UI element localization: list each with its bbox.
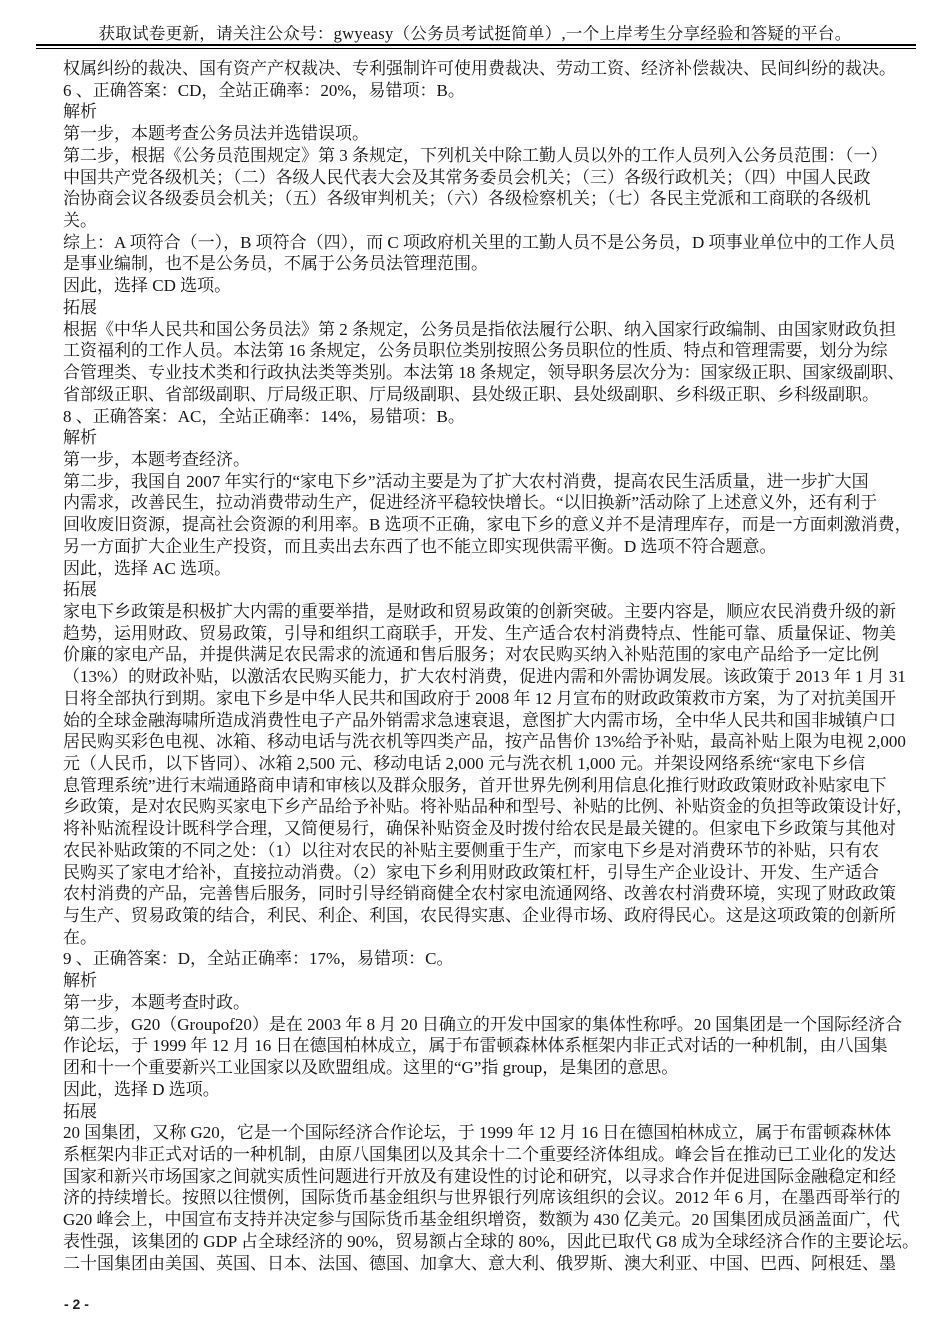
text-line: 表性强，该集团的 GDP 占全球经济的 90%，贸易额占全球的 80%，因此已取… — [63, 1231, 895, 1253]
text-line: 第一步，本题考查时政。 — [63, 992, 895, 1014]
text-line: 在。 — [63, 927, 895, 949]
text-line: 根据《中华人民共和国公务员法》第 2 条规定，公务员是指依法履行公职、纳入国家行… — [63, 319, 895, 341]
text-line: 息管理系统”进行末端通路商申请和审核以及群众服务，首开世界先例利用信息化推行财政… — [63, 775, 895, 797]
document-page: 获取试卷更新，请关注公众号：gwyeasy（公务员考试挺简单）,一个上岸考生分享… — [0, 0, 950, 1344]
text-line: （13%）的财政补贴，以激活农民购买能力，扩大农村消费，促进内需和外需协调发展。… — [63, 666, 895, 688]
text-line: 系框架内非正式对话的一种机制，由原八国集团以及其余十二个重要经济体组成。峰会旨在… — [63, 1144, 895, 1166]
text-line: 团和十一个重要新兴工业国家以及欧盟组成。这里的“G”指 group，是集团的意思… — [63, 1057, 895, 1079]
text-line: 民购买了家电才给补，直接拉动消费。（2）家电下乡利用财政政策杠杆，引导生产企业设… — [63, 862, 895, 884]
text-line: 工资福利的工作人员。本法第 16 条规定，公务员职位类别按照公务员职位的性质、特… — [63, 340, 895, 362]
text-line: 因此，选择 D 选项。 — [63, 1079, 895, 1101]
text-line: 第一步，本题考查经济。 — [63, 449, 895, 471]
text-line: 权属纠纷的裁决、国有资产产权裁决、专利强制许可使用费裁决、劳动工资、经济补偿裁决… — [63, 58, 895, 80]
text-line: 将补贴流程设计既科学合理，又简便易行，确保补贴资金及时拨付给农民是最关键的。但家… — [63, 818, 895, 840]
text-line: 中国共产党各级机关；（二）各级人民代表大会及其常务委员会机关；（三）各级行政机关… — [63, 167, 895, 189]
text-line: 因此，选择 CD 选项。 — [63, 275, 895, 297]
text-line: 解析 — [63, 427, 895, 449]
text-line: 20 国集团，又称 G20，它是一个国际经济合作论坛，于 1999 年 12 月… — [63, 1122, 895, 1144]
text-line: 省部级正职、省部级副职、厅局级正职、厅局级副职、县处级正职、县处级副职、乡科级正… — [63, 384, 895, 406]
text-line: 日将全部执行到期。家电下乡是中华人民共和国政府于 2008 年 12 月宣布的财… — [63, 688, 895, 710]
text-line: 拓展 — [63, 1101, 895, 1123]
text-line: 乡政策，是对农民购买家电下乡产品给予补贴。将补贴品种和型号、补贴的比例、补贴资金… — [63, 796, 895, 818]
document-body: 权属纠纷的裁决、国有资产产权裁决、专利强制许可使用费裁决、劳动工资、经济补偿裁决… — [63, 58, 895, 1274]
text-line: 8 、正确答案：AC，全站正确率：14%，易错项：B。 — [63, 406, 895, 428]
text-line: 第二步，我国自 2007 年实行的“家电下乡”活动主要是为了扩大农村消费，提高农… — [63, 471, 895, 493]
text-line: 解析 — [63, 970, 895, 992]
text-line: 价廉的家电产品，并提供满足农民需求的流通和售后服务；对农民购买纳入补贴范围的家电… — [63, 644, 895, 666]
text-line: 关。 — [63, 210, 895, 232]
text-line: 回收废旧资源，提高社会资源的利用率。B 选项不正确，家电下乡的意义并不是清理库存… — [63, 514, 895, 536]
text-line: 第一步，本题考查公务员法并选错误项。 — [63, 123, 895, 145]
text-line: 综上：A 项符合（一），B 项符合（四），而 C 项政府机关里的工勤人员不是公务… — [63, 232, 895, 254]
text-line: 居民购买彩色电视、冰箱、移动电话与洗衣机等四类产品，按产品售价 13%给予补贴，… — [63, 731, 895, 753]
text-line: 第二步，G20（Groupof20）是在 2003 年 8 月 20 日确立的开… — [63, 1014, 895, 1036]
text-line: 农民补贴政策的不同之处：（1）以往对农民的补贴主要侧重于生产，而家电下乡是对消费… — [63, 840, 895, 862]
text-line: 是事业编制，也不是公务员，不属于公务员法管理范围。 — [63, 253, 895, 275]
page-footer: - 2 - — [64, 1296, 89, 1312]
text-line: 家电下乡政策是积极扩大内需的重要举措，是财政和贸易政策的创新突破。主要内容是，顺… — [63, 601, 895, 623]
text-line: 二十国集团由美国、英国、日本、法国、德国、加拿大、意大利、俄罗斯、澳大利亚、中国… — [63, 1253, 895, 1275]
text-line: 合管理类、专业技术类和行政执法类等类别。本法第 18 条规定，领导职务层次分为：… — [63, 362, 895, 384]
text-line: 拓展 — [63, 579, 895, 601]
text-line: 趋势，运用财政、贸易政策，引导和组织工商联手，开发、生产适合农村消费特点、性能可… — [63, 623, 895, 645]
text-line: 济的持续增长。按照以往惯例，国际货币基金组织与世界银行列席该组织的会议。2012… — [63, 1187, 895, 1209]
text-line: 另一方面扩大企业生产投资，而且卖出去东西了也不能立即实现供需平衡。D 选项不符合… — [63, 536, 895, 558]
header-notice: 获取试卷更新，请关注公众号：gwyeasy（公务员考试挺简单）,一个上岸考生分享… — [0, 20, 950, 44]
text-line: 9 、正确答案：D，全站正确率：17%，易错项：C。 — [63, 948, 895, 970]
text-line: 元（人民币，以下皆同）、冰箱 2,500 元、移动电话 2,000 元与洗衣机 … — [63, 753, 895, 775]
page-number: - 2 - — [64, 1296, 89, 1312]
text-line: 始的全球金融海啸所造成消费性电子产品外销需求急速衰退，意图扩大内需市场，全中华人… — [63, 710, 895, 732]
text-line: 第二步，根据《公务员范围规定》第 3 条规定，下列机关中除工勤人员以外的工作人员… — [63, 145, 895, 167]
text-line: 解析 — [63, 101, 895, 123]
text-line: 因此，选择 AC 选项。 — [63, 558, 895, 580]
text-line: 作论坛，于 1999 年 12 月 16 日在德国柏林成立，属于布雷顿森林体系框… — [63, 1035, 895, 1057]
text-line: 治协商会议各级委员会机关；（五）各级审判机关；（六）各级检察机关；（七）各民主党… — [63, 188, 895, 210]
text-line: G20 峰会上，中国宣布支持并决定参与国际货币基金组织增资，数额为 430 亿美… — [63, 1209, 895, 1231]
text-line: 拓展 — [63, 297, 895, 319]
text-line: 内需求，改善民生，拉动消费带动生产，促进经济平稳较快增长。“以旧换新”活动除了上… — [63, 492, 895, 514]
header-double-rule — [36, 44, 916, 49]
text-line: 6 、正确答案：CD，全站正确率：20%，易错项：B。 — [63, 80, 895, 102]
text-line: 与生产、贸易政策的结合，利民、利企、利国，农民得实惠、企业得市场、政府得民心。这… — [63, 905, 895, 927]
text-line: 农村消费的产品，完善售后服务，同时引导经销商健全农村家电流通网络、改善农村消费环… — [63, 883, 895, 905]
text-line: 国家和新兴市场国家之间就实质性问题进行开放及有建设性的讨论和研究，以寻求合作并促… — [63, 1166, 895, 1188]
